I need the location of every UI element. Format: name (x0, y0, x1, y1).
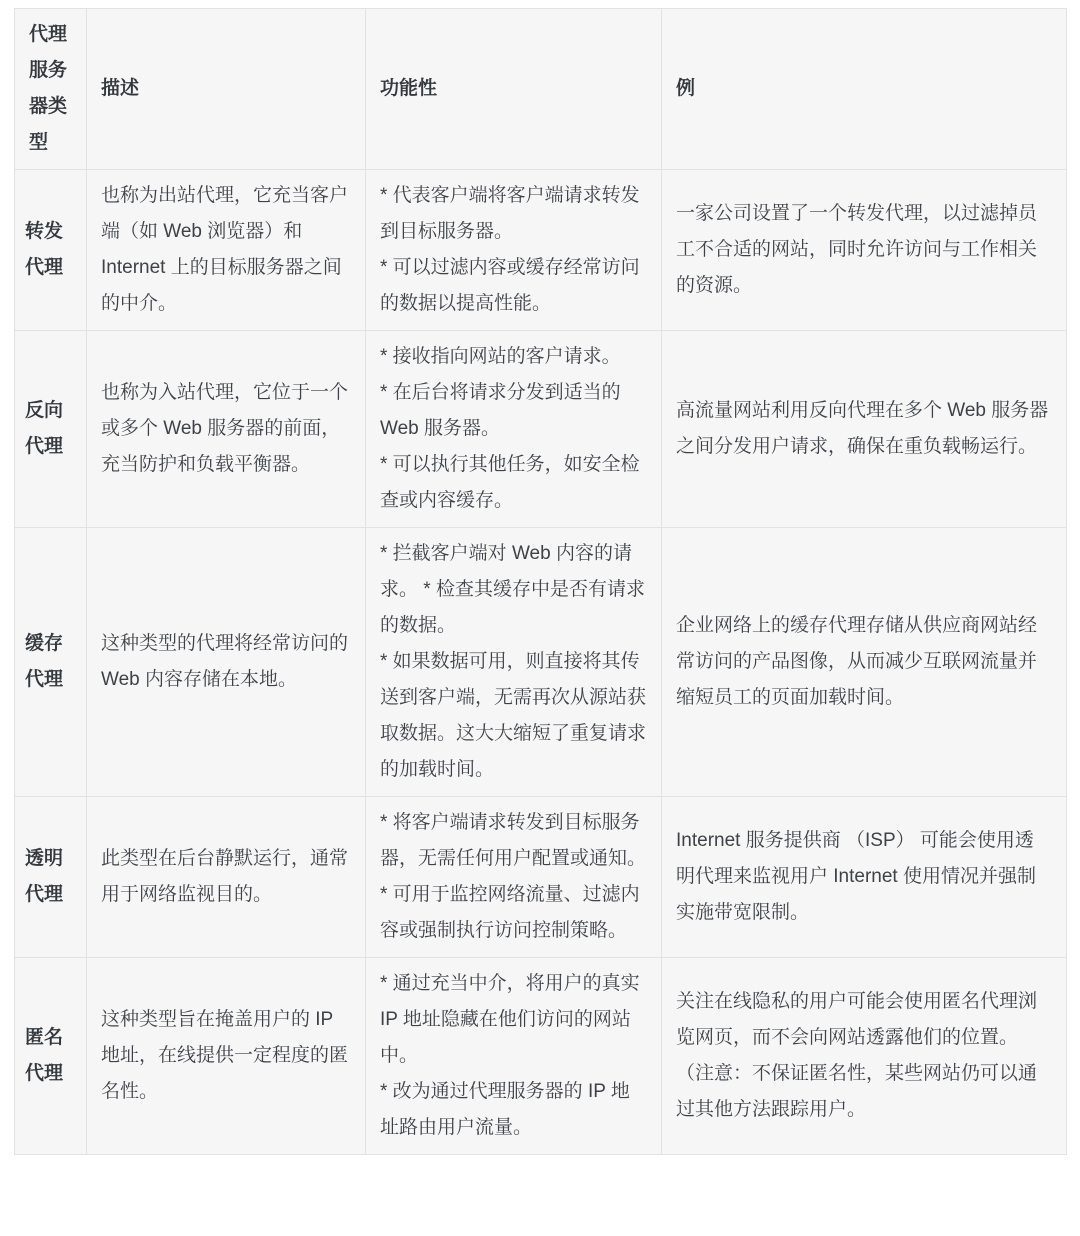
cell-example: 企业网络上的缓存代理存储从供应商网站经常访问的产品图像，从而减少互联网流量并缩短… (662, 528, 1067, 797)
table-row: 缓存代理 这种类型的代理将经常访问的 Web 内容存储在本地。 * 拦截客户端对… (15, 528, 1067, 797)
cell-functionality: * 接收指向网站的客户请求。 * 在后台将请求分发到适当的 Web 服务器。 *… (366, 331, 662, 528)
table-row: 转发代理 也称为出站代理，它充当客户端（如 Web 浏览器）和 Internet… (15, 170, 1067, 331)
column-header-functionality: 功能性 (366, 9, 662, 170)
cell-example: 高流量网站利用反向代理在多个 Web 服务器之间分发用户请求，确保在重负载畅运行… (662, 331, 1067, 528)
cell-proxy-type: 反向代理 (15, 331, 87, 528)
cell-functionality: * 将客户端请求转发到目标服务器，无需任何用户配置或通知。 * 可用于监控网络流… (366, 797, 662, 958)
cell-example: Internet 服务提供商 （ISP） 可能会使用透明代理来监视用户 Inte… (662, 797, 1067, 958)
cell-example: 一家公司设置了一个转发代理，以过滤掉员工不合适的网站，同时允许访问与工作相关的资… (662, 170, 1067, 331)
cell-proxy-type: 透明代理 (15, 797, 87, 958)
cell-proxy-type: 匿名代理 (15, 958, 87, 1155)
table-body: 转发代理 也称为出站代理，它充当客户端（如 Web 浏览器）和 Internet… (15, 170, 1067, 1155)
cell-description: 这种类型旨在掩盖用户的 IP 地址，在线提供一定程度的匿名性。 (87, 958, 366, 1155)
cell-functionality: * 通过充当中介，将用户的真实 IP 地址隐藏在他们访问的网站中。 * 改为通过… (366, 958, 662, 1155)
table-row: 反向代理 也称为入站代理，它位于一个或多个 Web 服务器的前面，充当防护和负载… (15, 331, 1067, 528)
proxy-types-table-container: 代理服务器类型 描述 功能性 例 转发代理 也称为出站代理，它充当客户端（如 W… (14, 8, 1067, 1155)
cell-description: 也称为入站代理，它位于一个或多个 Web 服务器的前面，充当防护和负载平衡器。 (87, 331, 366, 528)
cell-proxy-type: 转发代理 (15, 170, 87, 331)
proxy-types-table: 代理服务器类型 描述 功能性 例 转发代理 也称为出站代理，它充当客户端（如 W… (14, 8, 1067, 1155)
cell-description: 也称为出站代理，它充当客户端（如 Web 浏览器）和 Internet 上的目标… (87, 170, 366, 331)
column-header-description: 描述 (87, 9, 366, 170)
cell-example: 关注在线隐私的用户可能会使用匿名代理浏览网页，而不会向网站透露他们的位置。 （注… (662, 958, 1067, 1155)
table-row: 透明代理 此类型在后台静默运行，通常用于网络监视目的。 * 将客户端请求转发到目… (15, 797, 1067, 958)
cell-functionality: * 代表客户端将客户端请求转发到目标服务器。 * 可以过滤内容或缓存经常访问的数… (366, 170, 662, 331)
cell-description: 此类型在后台静默运行，通常用于网络监视目的。 (87, 797, 366, 958)
table-row: 匿名代理 这种类型旨在掩盖用户的 IP 地址，在线提供一定程度的匿名性。 * 通… (15, 958, 1067, 1155)
cell-description: 这种类型的代理将经常访问的 Web 内容存储在本地。 (87, 528, 366, 797)
column-header-example: 例 (662, 9, 1067, 170)
table-header-row: 代理服务器类型 描述 功能性 例 (15, 9, 1067, 170)
cell-proxy-type: 缓存代理 (15, 528, 87, 797)
column-header-proxy-type: 代理服务器类型 (15, 9, 87, 170)
cell-functionality: * 拦截客户端对 Web 内容的请求。 * 检查其缓存中是否有请求的数据。 * … (366, 528, 662, 797)
